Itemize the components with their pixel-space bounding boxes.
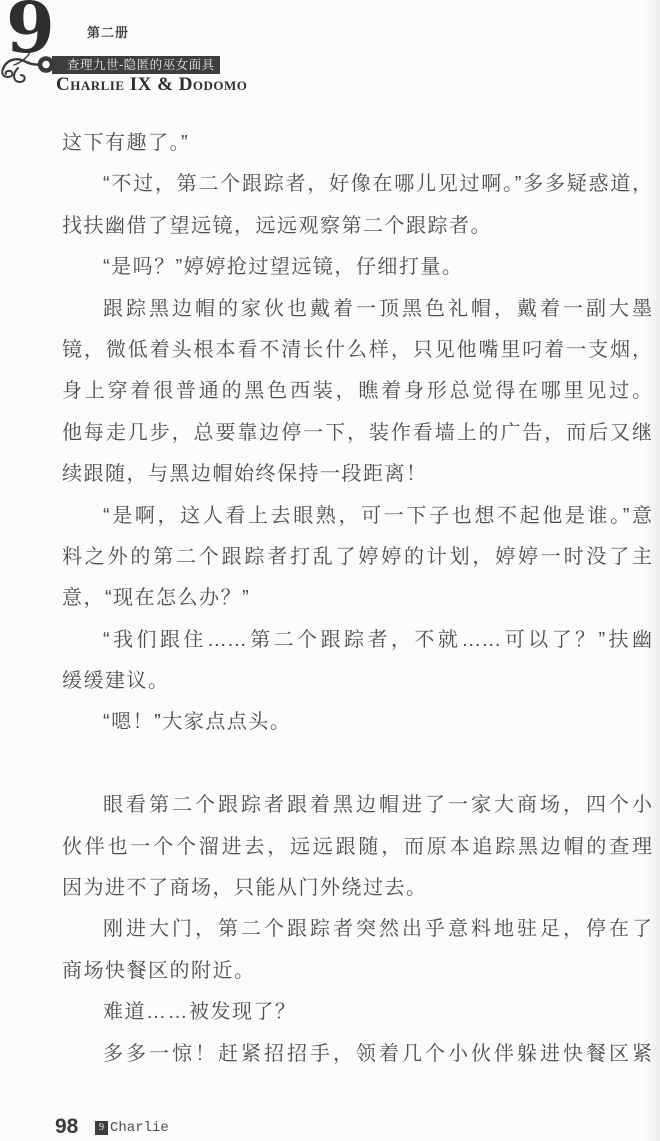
imprint-text: Charlie — [110, 1120, 169, 1136]
page-number: 98 — [55, 1116, 78, 1138]
blank-line — [62, 744, 652, 785]
text-line: 料之外的第二个跟踪者打乱了婷婷的计划，婷婷一时没了主 — [62, 537, 652, 578]
series-latin-title: Charlie IX & Dodomo — [56, 74, 247, 95]
text-line: 缓缓建议。 — [62, 661, 652, 702]
calligraphic-flourish-icon — [0, 52, 62, 90]
text-line: 他每走几步，总要靠边停一下，装作看墙上的广告，而后又继 — [62, 413, 652, 454]
text-line: 难道……被发现了？ — [62, 992, 652, 1033]
text-line: 刚进大门，第二个跟踪者突然出乎意料地驻足，停在了 — [62, 909, 652, 950]
charlie-logo-icon: 9 — [95, 1121, 108, 1135]
text-line: 跟踪黑边帽的家伙也戴着一顶黑色礼帽，戴着一副大墨 — [62, 289, 652, 330]
volume-label: 第二册 — [87, 26, 129, 40]
text-line: 因为进不了商场，只能从门外绕过去。 — [62, 868, 652, 909]
book-page: 9 第二册 查理九世-隐匿的巫女面具 Charlie IX & Dodomo 这… — [0, 0, 660, 1141]
text-line: 找扶幽借了望远镜，远远观察第二个跟踪者。 — [62, 206, 652, 247]
text-line: 续跟随，与黑边帽始终保持一段距离！ — [62, 454, 652, 495]
text-line: “嗯！”大家点点头。 — [62, 702, 652, 743]
text-line: 身上穿着很普通的黑色西装，瞧着身形总觉得在哪里见过。 — [62, 371, 652, 412]
text-line: “不过，第二个跟踪者，好像在哪儿见过啊。”多多疑惑道， — [62, 164, 652, 205]
text-line: 商场快餐区的附近。 — [62, 951, 652, 992]
text-line: “是啊，这人看上去眼熟，可一下子也想不起他是谁。”意 — [62, 496, 652, 537]
body-text: 这下有趣了。”“不过，第二个跟踪者，好像在哪儿见过啊。”多多疑惑道，找扶幽借了望… — [62, 123, 652, 1075]
text-line: 意，“现在怎么办？” — [62, 578, 652, 619]
text-line: “是吗？”婷婷抢过望远镜，仔细打量。 — [62, 247, 652, 288]
text-line: 镜，微低着头根本看不清长什么样，只见他嘴里叼着一支烟， — [62, 330, 652, 371]
text-line: “我们跟住……第二个跟踪者，不就……可以了？”扶幽 — [62, 620, 652, 661]
text-line: 伙伴也一个个溜进去，远远跟随，而原本追踪黑边帽的查理 — [62, 827, 652, 868]
text-line: 多多一惊！赶紧招招手，领着几个小伙伴躲进快餐区紧 — [62, 1034, 652, 1075]
text-line: 眼看第二个跟踪者跟着黑边帽进了一家大商场，四个小 — [62, 785, 652, 826]
series-title-badge: 查理九世-隐匿的巫女面具 — [52, 56, 220, 74]
text-line: 这下有趣了。” — [62, 123, 652, 164]
